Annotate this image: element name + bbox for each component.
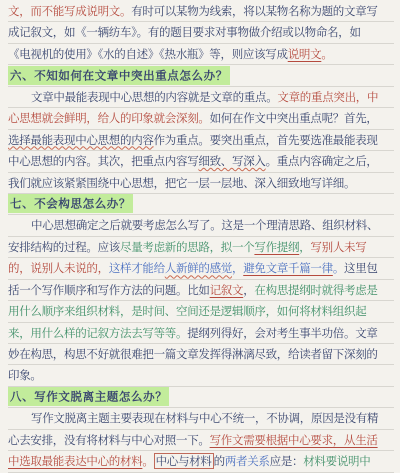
text-line: 来，用什么样的记叙方法去写等等。提纲列得好，会对考生事半功倍。文章 [8,323,394,344]
text-segment: 安排结构的过程。应该 [8,240,120,254]
text-segment: 八、写作文脱离主题怎么办？ [8,387,169,406]
text-line: 选择最能表现中心思想的内容作为重点。要突出重点，首先要选准最能表现 [8,130,394,151]
annotated-text-segment: 避免文章千篇一律 [243,261,333,275]
text-segment: 妙在构思，构思不好就很难把一篇文章发挥得淋漓尽致，给读者留下深刻的 [8,347,378,361]
text-segment: 有时可以某物为线索，将以某物名称为题的文章写 [131,4,377,18]
text-segment: 如何在作文中突出重点呢？首先， [210,111,378,125]
annotated-text-segment: 记叙文 [210,283,244,297]
annotated-text-segment: 选择最能表现中心思想的内容 [8,133,154,147]
text-segment: 这里包 [344,261,378,275]
text-segment: 《电视机的使用》《水的自述》《热水瓶》等，则应该写成 [8,47,288,61]
text-line: 妙在构思，构思不好就很难把一篇文章发挥得淋漓尽致，给读者留下深刻的 [8,344,394,365]
text-segment: 。 [333,261,344,275]
annotated-text-segment: 人新鲜的感觉 [165,261,232,275]
text-segment: 来，用什么样的记叙方法去写等等。 [8,326,187,340]
text-segment: 成记叙文，如《一辆纺车》。有的题目要求对事物做介绍或以物命名，如 [8,25,361,39]
annotated-text-segment: 中选取最能表达中心的材料 [8,454,142,468]
text-segment: ， [243,283,254,297]
section-heading: 六、不知如何在文章中突出重点怎么办？ [8,65,394,86]
text-segment: 尽量考虑新的思路，拟一个 [120,240,254,254]
text-line: 用什么顺序来组织材料，是时间、空间还是逻辑顺序，如何将材料组织起 [8,301,394,322]
text-segment: 写别人未写 [310,240,366,254]
text-segment: 的，说别人未说的， [8,261,109,275]
text-line: 中选取最能表达中心的材料。中心与材料的两者关系应是：材料要说明中 [8,451,394,472]
text-line: 文，而不能写成说明文。有时可以某物为线索，将以某物名称为题的文章写 [8,1,394,22]
annotated-text-segment: 说明文 [288,47,322,61]
text-segment: ， [299,240,310,254]
text-segment: 在构思提纲时就得考虑是 [254,283,377,297]
text-line: 中心思想的内容。其次，把重点内容写细致、写深入。重点内容确定之后， [8,151,394,172]
text-segment: 括一个写作顺序和写作方法的问题。比如 [8,283,210,297]
section-heading: 七、不会构思怎么办？ [8,194,394,215]
text-line: 安排结构的过程。应该尽量考虑新的思路，拟一个写作提纲，写别人未写 [8,237,394,258]
text-segment: 。重点内容确定之后， [266,154,378,168]
text-segment: 提纲列得好，会对考生事半功倍。文章 [187,326,377,340]
text-segment: 两者关系 [225,454,270,468]
text-line: 我们就应该紧紧围绕中心思想，把它一层一层地、深入细致地写详细。 [8,173,394,194]
text-segment: 。 [142,454,153,468]
text-segment: 写作文脱离主题主要表现在材料与中心不统一，不协调，原因是没有精 [31,411,378,425]
text-segment: ， [232,261,243,275]
text-line: 中心思想确定之后就要考虑怎么写了。这是一个理清思路、组织材料、 [8,215,394,236]
text-line: 印象。 [8,365,394,386]
annotated-text-segment: 细致、写深入 [198,154,265,168]
text-segment: 这样才能给 [109,261,165,275]
text-segment: 作为重点。要突出重点，首先要选准最能表现 [154,133,378,147]
text-line: 括一个写作顺序和写作方法的问题。比如记叙文，在构思提纲时就得考虑是 [8,280,394,301]
text-segment: 七、不会构思怎么办？ [8,194,133,213]
text-line: 的，说别人未说的，这样才能给人新鲜的感觉，避免文章千篇一律。这里包 [8,258,394,279]
text-segment: 我们就应该紧紧围绕中心思想，把它一层一层地、深入细致地写详细。 [8,176,355,190]
annotated-text-segment: 写作文需要根据中心要求，从生活 [210,433,378,447]
text-segment: 文章的重点突出，中 [277,90,378,104]
text-segment: 六、不知如何在文章中突出重点怎么办？ [8,66,230,85]
text-segment: 应是： [270,454,304,468]
text-segment: 心思想就会鲜明，给人的印象就会深刻。 [8,111,210,125]
text-segment: 用什么顺序来组织材料，是时间、空间还是逻辑顺序，如何将材料组织起 [8,304,366,318]
text-segment: 印象。 [8,368,42,382]
text-segment: 中心思想的内容。其次，把重点内容写 [8,154,198,168]
text-segment: 中心思想确定之后就要考虑怎么写了。这是一个理清思路、组织材料、 [31,218,378,232]
section-heading: 八、写作文脱离主题怎么办？ [8,387,394,408]
text-segment: 心去安排，没有将材料与中心对照一下。 [8,433,210,447]
text-line: 成记叙文，如《一辆纺车》。有的题目要求对事物做介绍或以物命名，如 [8,22,394,43]
text-segment: 。 [321,47,332,61]
text-segment: 的 [214,454,225,468]
text-line: 心去安排，没有将材料与中心对照一下。写作文需要根据中心要求，从生活 [8,430,394,451]
text-segment: 文，而不能写成说明文。 [8,4,131,18]
text-segment: 文章中最能表现中心思想的内容就是文章的重点。 [31,90,277,104]
text-line: 《电视机的使用》《水的自述》《热水瓶》等，则应该写成说明文。 [8,44,394,65]
text-line: 写作文脱离主题主要表现在材料与中心不统一，不协调，原因是没有精 [8,408,394,429]
boxed-key-term: 中心与材料 [154,453,214,469]
text-line: 文章中最能表现中心思想的内容就是文章的重点。文章的重点突出，中 [8,87,394,108]
annotated-text-segment: 写作提纲 [254,240,299,254]
notes-page: 文，而不能写成说明文。有时可以某物为线索，将以某物名称为题的文章写成记叙文，如《… [0,0,400,473]
text-segment: 材料要说明中 [303,454,370,468]
text-line: 心思想就会鲜明，给人的印象就会深刻。如何在作文中突出重点呢？首先， [8,108,394,129]
